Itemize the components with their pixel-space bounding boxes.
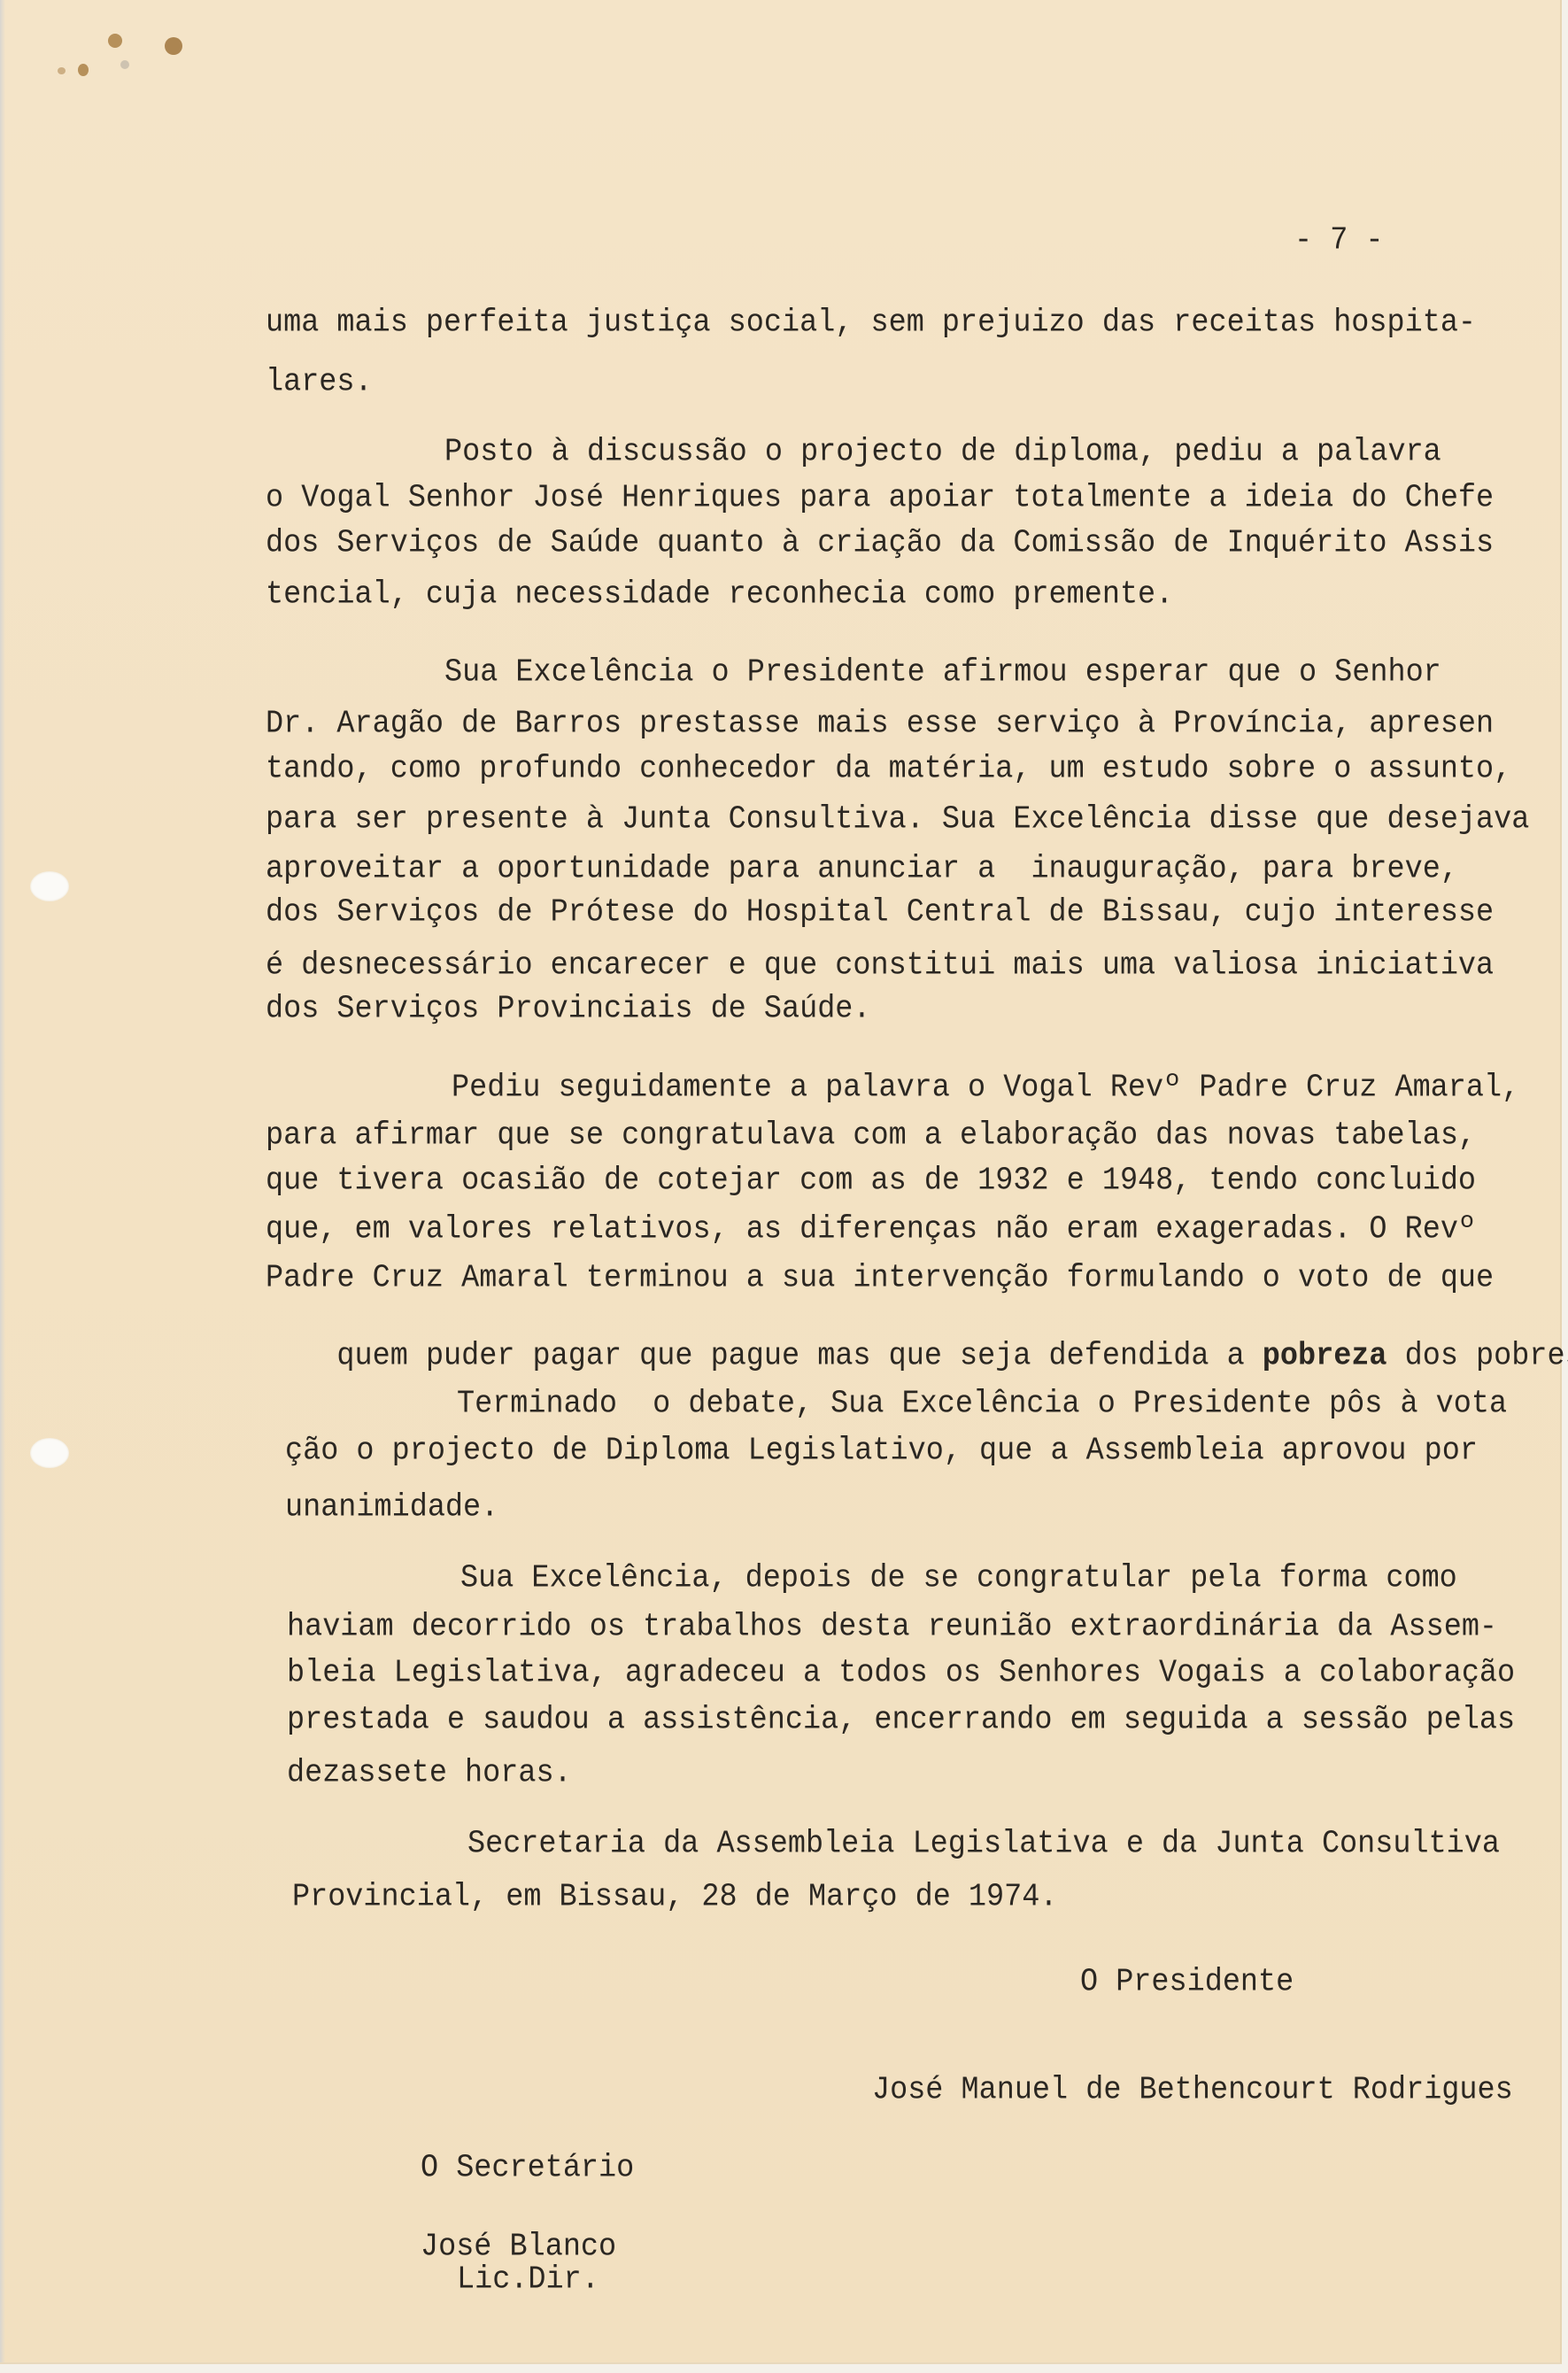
- text-line: haviam decorrido os trabalhos desta reun…: [287, 1608, 1497, 1646]
- stain-mark: [78, 64, 89, 76]
- document-page: - 7 - uma mais perfeita justiça social, …: [0, 0, 1562, 2364]
- text-line: dos Serviços de Saúde quanto à criação d…: [266, 524, 1494, 562]
- text-line: uma mais perfeita justiça social, sem pr…: [266, 304, 1476, 342]
- text-line: aproveitar a oportunidade para anunciar …: [266, 850, 1458, 888]
- text-line: que tivera ocasião de cotejar com as de …: [266, 1162, 1476, 1200]
- text-line: o Vogal Senhor José Henriques para apoia…: [266, 479, 1494, 517]
- text-line: lares.: [266, 363, 373, 401]
- stain-mark: [165, 37, 182, 55]
- text-line: Secretaria da Assembleia Legislativa e d…: [467, 1825, 1500, 1863]
- stain-mark: [120, 60, 129, 69]
- text-line: Dr. Aragão de Barros prestasse mais esse…: [266, 705, 1494, 743]
- stain-mark: [108, 34, 122, 48]
- text-line: dos Serviços Provinciais de Saúde.: [266, 990, 871, 1028]
- text-line: tando, como profundo conhecedor da matér…: [266, 750, 1511, 788]
- text-line: para ser presente à Junta Consultiva. Su…: [266, 800, 1529, 839]
- punch-hole-top: [30, 871, 69, 901]
- text-line: Provincial, em Bissau, 28 de Março de 19…: [292, 1878, 1057, 1916]
- text-line: dos Serviços de Prótese do Hospital Cent…: [266, 893, 1494, 931]
- text-line: prestada e saudou a assistência, encerra…: [287, 1701, 1515, 1739]
- text-line: para afirmar que se congratulava com a e…: [266, 1117, 1476, 1155]
- emphasized-word: pobreza: [1263, 1338, 1387, 1374]
- text-line: tencial, cuja necessidade reconhecia com…: [266, 576, 1173, 614]
- text-line: Posto à discussão o projecto de diploma,…: [444, 433, 1441, 471]
- text-line: que, em valores relativos, as diferenças…: [266, 1210, 1476, 1248]
- text-line: bleia Legislativa, agradeceu a todos os …: [287, 1654, 1515, 1692]
- text-line: Sua Excelência, depois de se congratular…: [460, 1559, 1457, 1597]
- stain-mark: [58, 67, 66, 74]
- text-line: é desnecessário encarecer e que constitu…: [266, 947, 1494, 985]
- text-segment: dos pobres.: [1387, 1338, 1568, 1374]
- president-title: O Presidente: [1080, 1963, 1294, 2001]
- text-line: Terminado o debate, Sua Excelência o Pre…: [457, 1385, 1507, 1423]
- text-line: Padre Cruz Amaral terminou a sua interve…: [266, 1259, 1494, 1297]
- text-line: Sua Excelência o Presidente afirmou espe…: [444, 653, 1441, 692]
- text-line: dezassete horas.: [287, 1754, 572, 1792]
- text-line: ção o projecto de Diploma Legislativo, q…: [285, 1432, 1478, 1470]
- text-line: unanimidade.: [285, 1488, 498, 1527]
- president-name: José Manuel de Bethencourt Rodrigues: [872, 2071, 1513, 2109]
- secretary-title: O Secretário: [421, 2149, 634, 2187]
- punch-hole-bottom: [30, 1438, 69, 1468]
- page-number: - 7 -: [1294, 221, 1384, 259]
- text-line: Pediu seguidamente a palavra o Vogal Rev…: [452, 1069, 1519, 1107]
- text-segment: quem puder pagar que pague mas que seja …: [336, 1338, 1262, 1374]
- secretary-qualification: Lic.Dir.: [457, 2261, 599, 2299]
